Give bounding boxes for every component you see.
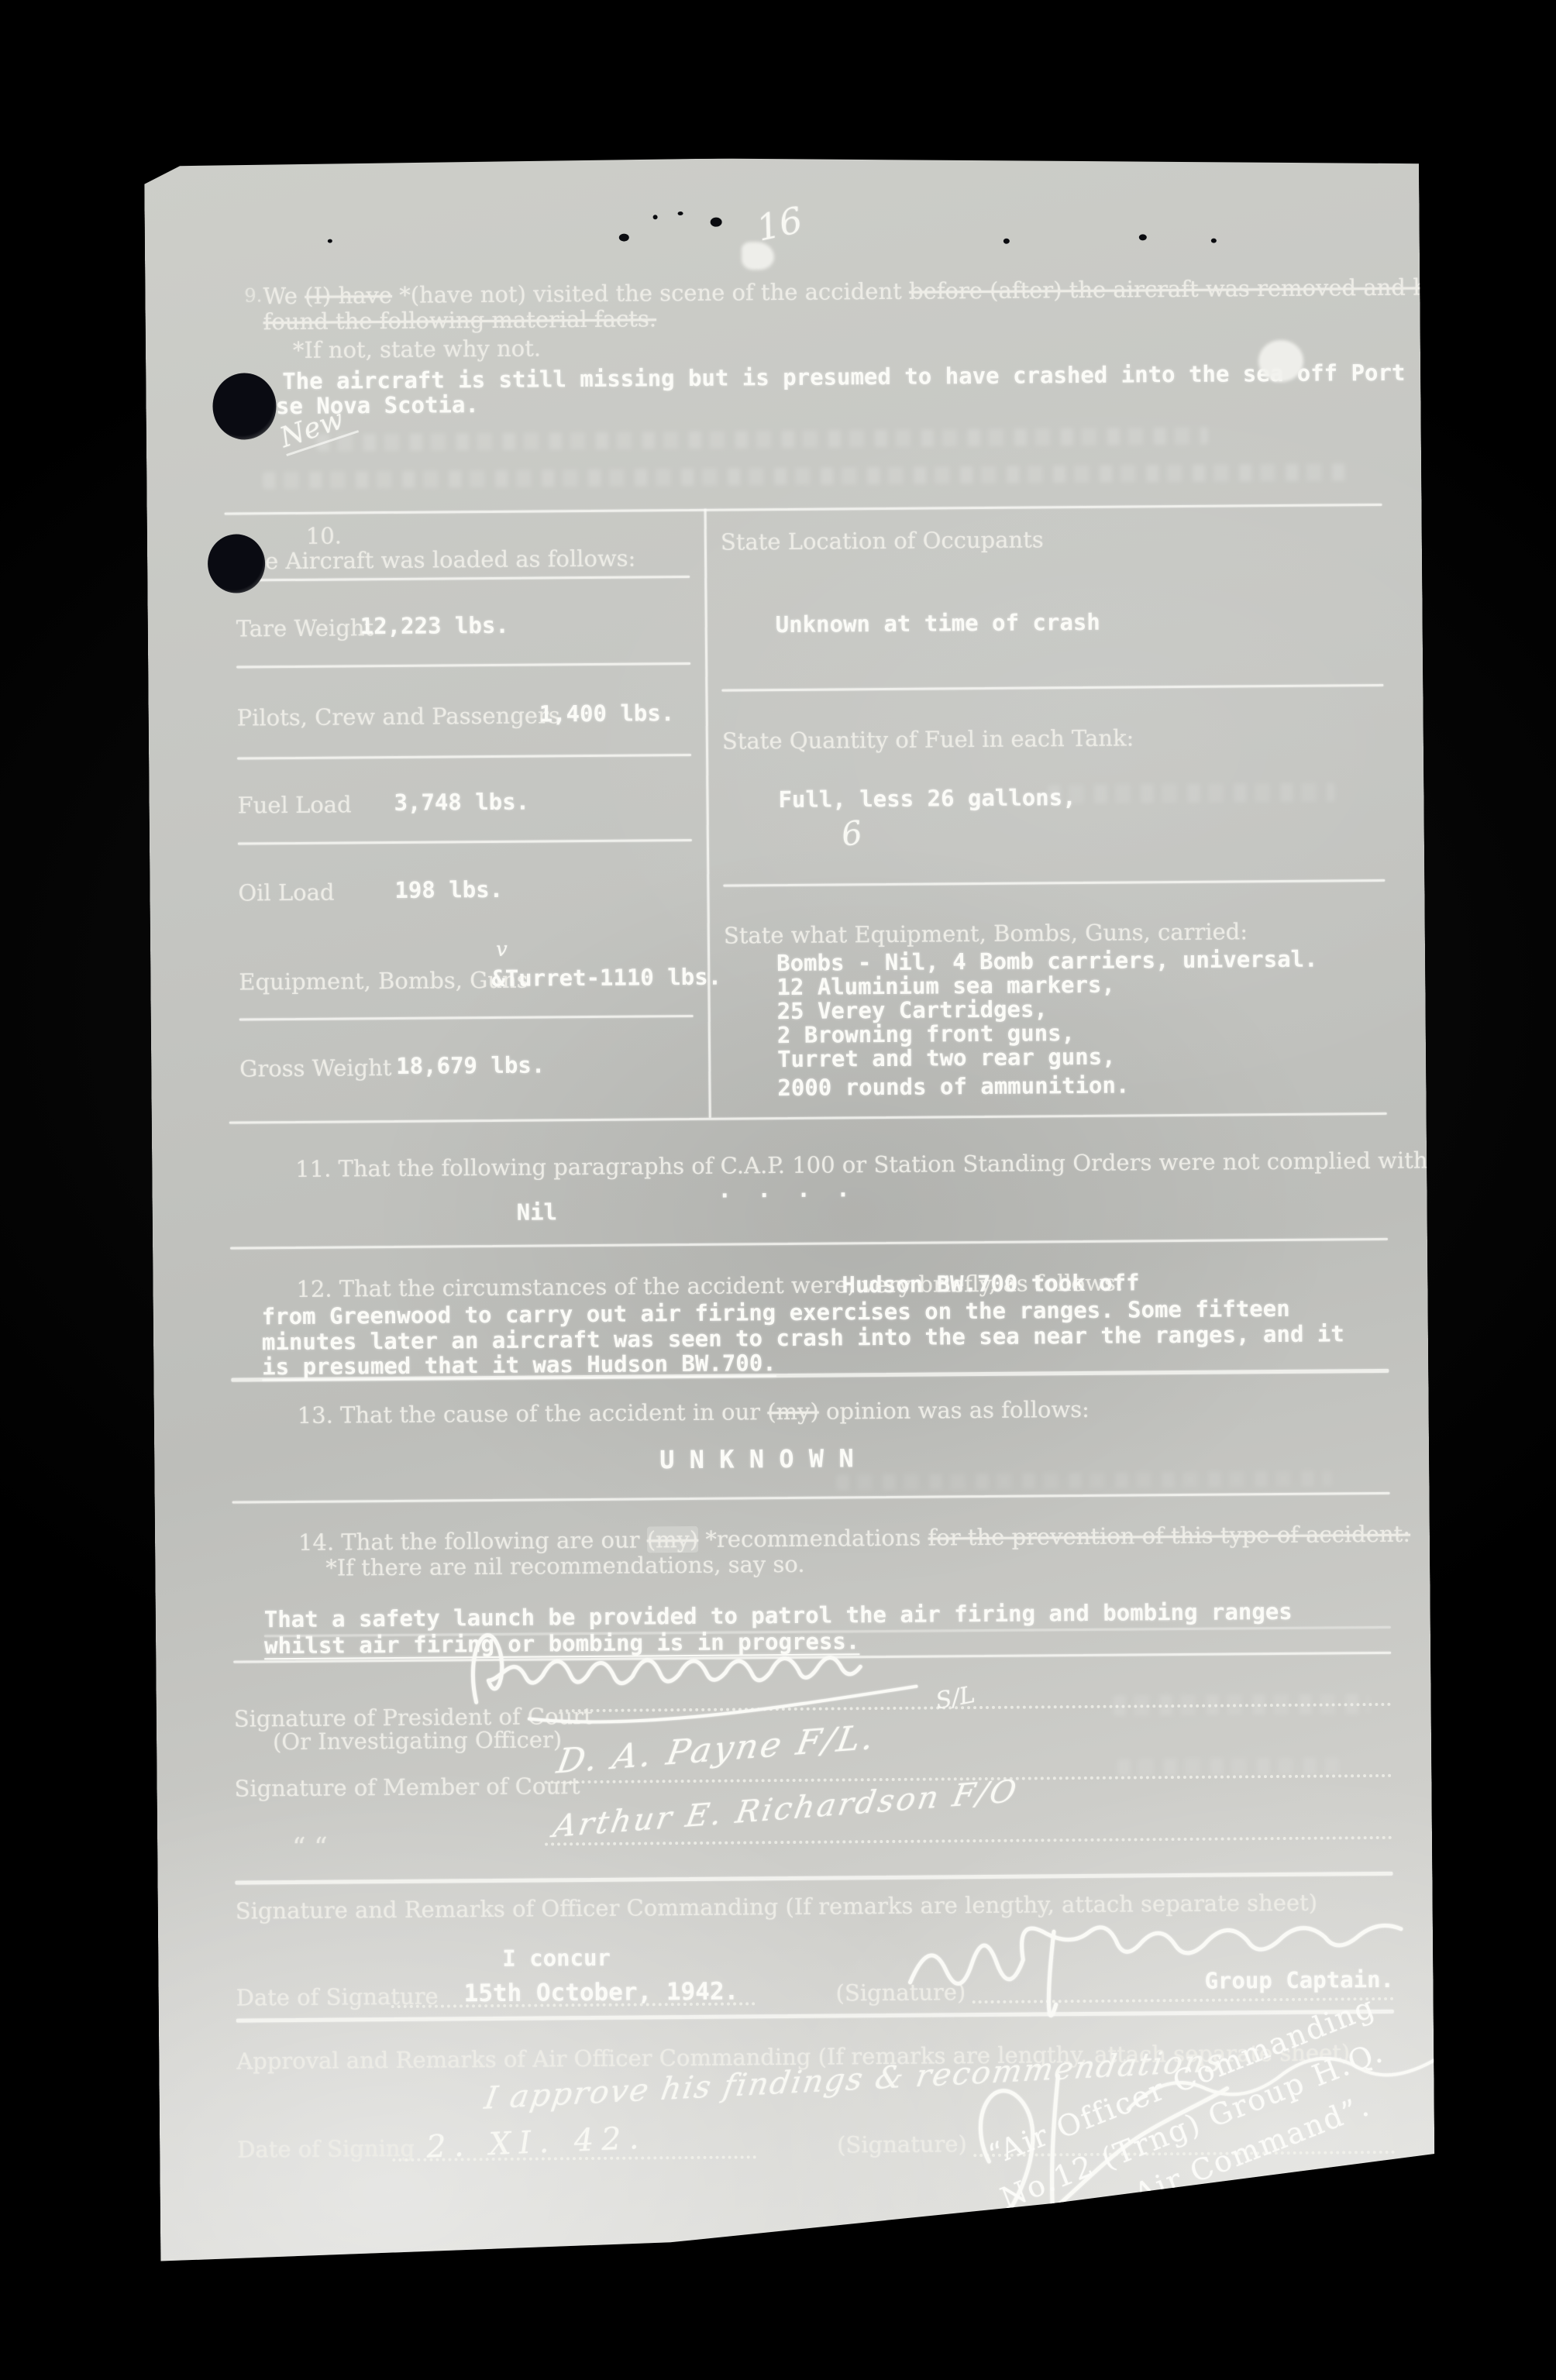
- ghost-text: [263, 463, 1348, 489]
- ghost-text: [1048, 782, 1334, 803]
- white-patch: [742, 242, 774, 270]
- para9-footnote: *If not, state why not.: [293, 335, 541, 363]
- paper-speck: [1139, 234, 1147, 240]
- para11-answer: Nil: [517, 1199, 558, 1225]
- para9-struck-tail2: found the following material facts.: [263, 305, 657, 335]
- paper-speck: [619, 234, 629, 242]
- ghost-text: [1114, 1694, 1369, 1716]
- paper-speck: [653, 215, 658, 219]
- para13-struck: (my): [767, 1398, 819, 1426]
- row-value-fuel: 3,748 lbs.: [394, 789, 529, 816]
- para9-number: 9.: [244, 284, 262, 306]
- para14-struck-a: (my): [647, 1526, 699, 1553]
- para14-label: 14. That the following are our (my) *rec…: [298, 1521, 1410, 1556]
- para13-label-post: opinion was as follows:: [826, 1396, 1090, 1425]
- fuel-answer: Full, less 26 gallons,: [778, 784, 1076, 813]
- oc-concur: I concur: [502, 1945, 611, 1972]
- third-signature-line: [545, 1836, 1392, 1846]
- member-signature-label: Signature of Member of Court: [234, 1773, 580, 1802]
- para14-struck-b: for the prevention of this type of accid…: [928, 1521, 1410, 1551]
- row-label-equipment: Equipment, Bombs, Guns: [239, 967, 528, 996]
- table-left-rule: [238, 839, 692, 845]
- punch-hole: [212, 373, 277, 440]
- punch-hole: [208, 534, 266, 593]
- row-label-oil: Oil Load: [238, 879, 334, 906]
- equipment-header: State what Equipment, Bombs, Guns, carri…: [724, 918, 1248, 948]
- para13-label-pre: 13. That the cause of the accident in ou…: [298, 1398, 761, 1429]
- paper-speck: [328, 239, 332, 243]
- para14-label-mid: *recommendations: [705, 1525, 921, 1553]
- ghost-text: [836, 1470, 1332, 1490]
- oc-date-value: 15th October, 1942.: [463, 1978, 738, 2008]
- section10-number: 10.: [306, 522, 342, 549]
- ditto-marks: “ “: [292, 1832, 328, 1863]
- section-rule: [232, 1492, 1390, 1504]
- president-signature: [454, 1599, 966, 1742]
- section-rule: [235, 1872, 1392, 1885]
- row-value-pilots: 1,400 lbs.: [539, 700, 674, 727]
- row-label-fuel: Fuel Load: [237, 791, 351, 818]
- third-signature: Arthur E. Richardson F/O: [551, 1773, 1021, 1845]
- row-label-tare: Tare Weight: [236, 614, 374, 641]
- paper-speck: [1003, 239, 1010, 244]
- fuel-insert-digit: 6: [838, 813, 865, 854]
- row-value-oil: 198 lbs.: [394, 876, 503, 903]
- paper-speck: [1211, 239, 1217, 243]
- report-page: 16 9. We (I) have *(have not) visited th…: [144, 153, 1435, 2279]
- section-rule: [230, 1238, 1388, 1250]
- para9-struck-subject: (I) have: [305, 282, 392, 309]
- table-column-divider: [704, 509, 711, 1118]
- para14-footnote: *If there are nil recommendations, say s…: [325, 1551, 804, 1581]
- fuel-header: State Quantity of Fuel in each Tank:: [722, 724, 1134, 754]
- white-blob: [1258, 340, 1303, 382]
- para9-intro-main: *(have not) visited the scene of the acc…: [399, 278, 902, 308]
- equipment-line: Turret and two rear guns,: [777, 1044, 1319, 1071]
- paper-speck: [678, 212, 683, 215]
- table-top-rule: [225, 504, 1382, 515]
- table-left-rule: [236, 662, 690, 669]
- row-label-pilots: Pilots, Crew and Passengers: [237, 702, 560, 731]
- para13-label: 13. That the cause of the accident in ou…: [298, 1396, 1090, 1429]
- table-left-rule: [236, 576, 690, 582]
- para11-dots: . . . .: [718, 1175, 855, 1202]
- para12-answer-inline: Hudson BW.700 took off: [842, 1269, 1139, 1298]
- section10-left-header: The Aircraft was loaded as follows:: [236, 545, 636, 574]
- insert-caret: v: [496, 938, 508, 961]
- ghost-text: [317, 428, 1208, 452]
- table-right-rule: [721, 684, 1383, 692]
- table-bottom-rule: [229, 1113, 1387, 1124]
- row-value-gross: 18,679 lbs.: [396, 1051, 545, 1079]
- para9-intro-pre: We: [263, 283, 298, 309]
- para14-label-pre: 14. That the following are our: [298, 1526, 640, 1555]
- aoc-date-label: Date of Signing: [237, 2135, 415, 2163]
- para13-answer: U N K N O W N: [659, 1443, 854, 1474]
- para9-line1: We (I) have *(have not) visited the scen…: [263, 273, 1435, 309]
- table-right-rule: [723, 879, 1385, 887]
- row-value-equipment: &Turret-1110 lbs.: [491, 964, 721, 992]
- para9-answer-line2: ase Nova Scotia.: [262, 391, 479, 419]
- table-left-rule: [239, 1015, 694, 1021]
- para9-struck-tail1: before (after) the aircraft was removed …: [909, 273, 1436, 304]
- equipment-list: Bombs - Nil, 4 Bomb carriers, universal.…: [776, 948, 1319, 1100]
- equipment-line: 2000 rounds of ammunition.: [777, 1072, 1319, 1100]
- ghost-text: [1117, 1757, 1350, 1776]
- row-label-gross: Gross Weight: [239, 1054, 392, 1082]
- row-value-tare: 12,223 lbs.: [360, 612, 509, 640]
- occupants-header: State Location of Occupants: [721, 526, 1044, 555]
- paper-speck: [711, 218, 722, 227]
- para9-answer-line1: The aircraft is still missing but is pre…: [282, 359, 1405, 394]
- occupants-answer: Unknown at time of crash: [776, 609, 1100, 638]
- para11-label: 11. That the following paragraphs of C.A…: [295, 1147, 1435, 1182]
- table-left-rule: [237, 754, 691, 760]
